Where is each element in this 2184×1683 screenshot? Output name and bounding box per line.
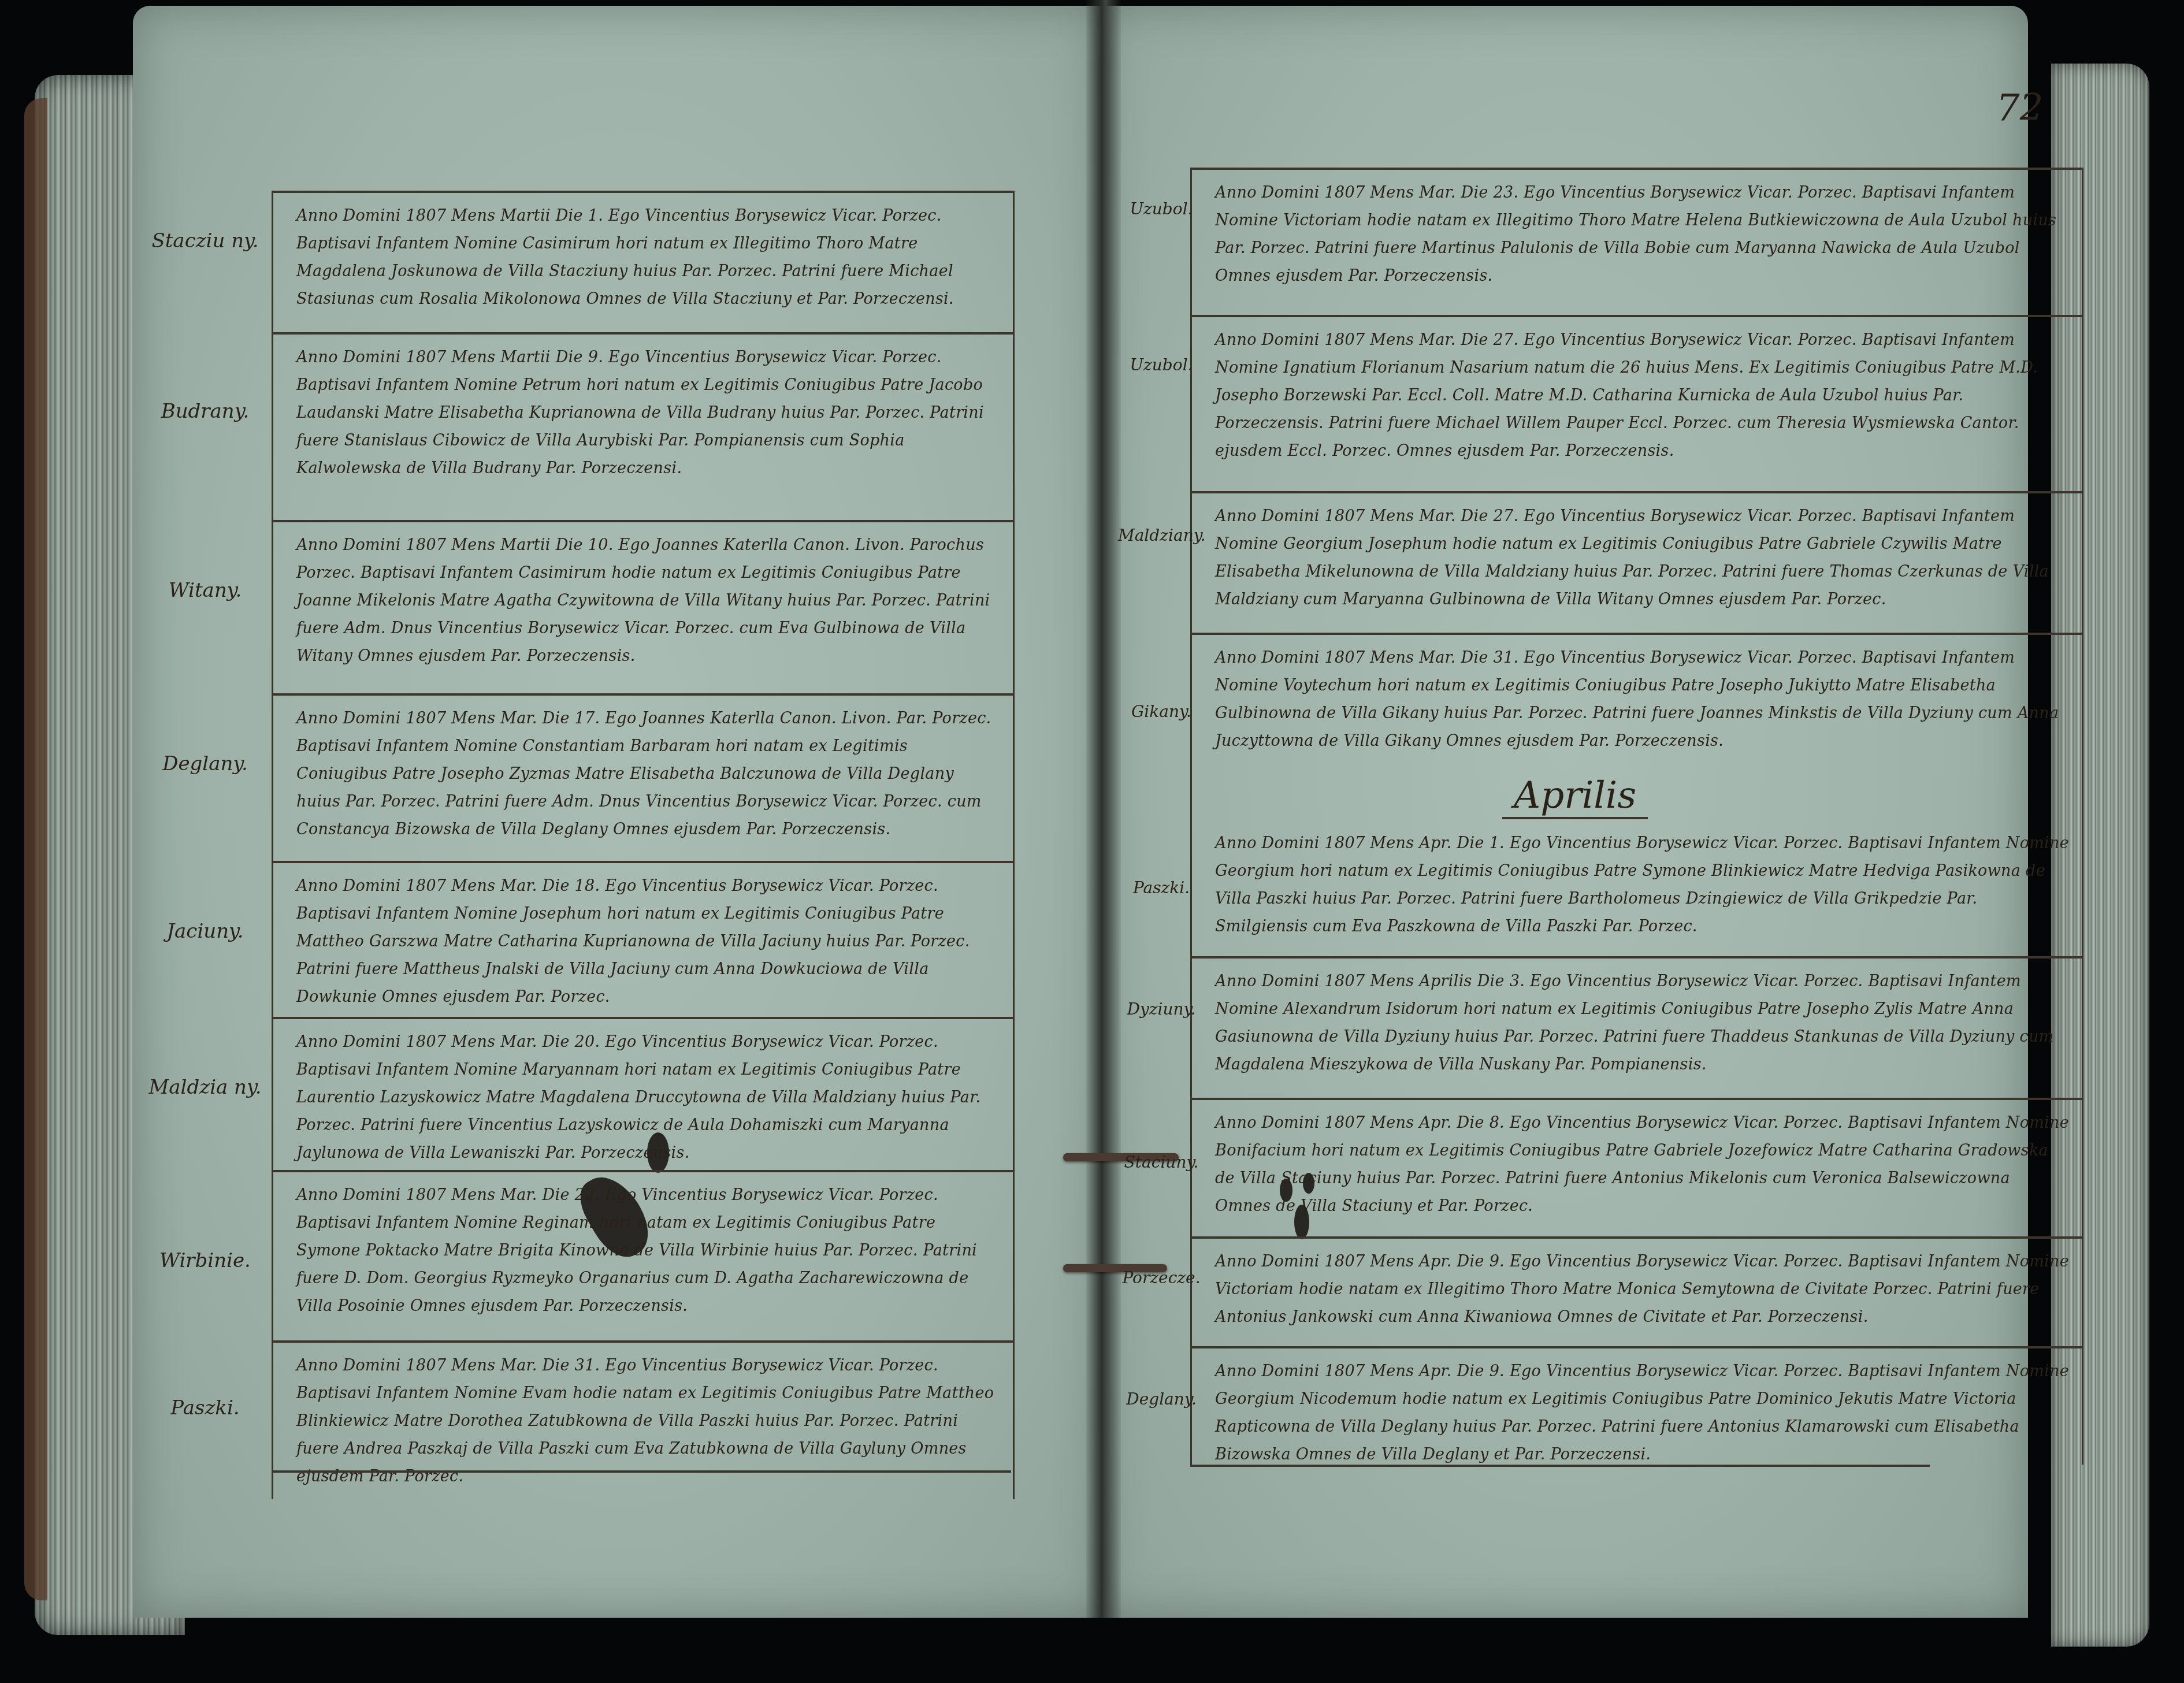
margin-village-name: Paszki. (1118, 875, 1205, 901)
left-register-table: Anno Domini 1807 Mens Martii Die 1. Ego … (272, 191, 1015, 1499)
margin-village-name: Deglany. (1118, 1387, 1205, 1412)
register-entry: Anno Domini 1807 Mens Apr. Die 8. Ego Vi… (1192, 1098, 2082, 1239)
margin-village-name: Gikany. (1118, 699, 1205, 725)
register-entry: Anno Domini 1807 Mens Mar. Die 23. Ego V… (1192, 168, 2082, 315)
register-entry: Anno Domini 1807 Mens Mar. Die 27. Ego V… (1192, 315, 2082, 494)
entry-text: Anno Domini 1807 Mens Mar. Die 27. Ego V… (1215, 507, 2049, 608)
margin-village-name: Staciuny. (1118, 1150, 1205, 1175)
entry-text: Anno Domini 1807 Mens Martii Die 9. Ego … (296, 348, 984, 477)
register-entry: Anno Domini 1807 Mens Mar. Die 20. Ego V… (273, 1017, 1013, 1173)
register-entry: Anno Domini 1807 Mens Apr. Die 1. Ego Vi… (1192, 820, 2082, 959)
entry-text: Anno Domini 1807 Mens Martii Die 1. Ego … (296, 207, 954, 308)
margin-village-name: Deglany. (147, 751, 263, 777)
register-entry: Anno Domini 1807 Mens Martii Die 10. Ego… (273, 520, 1013, 696)
entry-text: Anno Domini 1807 Mens Apr. Die 9. Ego Vi… (1215, 1362, 2069, 1463)
closing-rule (272, 1470, 1011, 1473)
entry-text: Anno Domini 1807 Mens Mar. Die 22. Ego V… (296, 1186, 977, 1315)
margin-village-name: Jaciuny. (147, 919, 263, 944)
entry-text: Anno Domini 1807 Mens Mar. Die 17. Ego J… (296, 709, 991, 838)
entry-text: Anno Domini 1807 Mens Mar. Die 20. Ego V… (296, 1033, 980, 1162)
margin-village-name: Witany. (147, 578, 263, 603)
margin-village-name: Maldziany. (1118, 523, 1205, 548)
entry-text: Anno Domini 1807 Mens Mar. Die 18. Ego V… (296, 877, 970, 1006)
margin-village-name: Porzecze. (1118, 1265, 1205, 1291)
margin-village-name: Dyziuny. (1118, 997, 1205, 1022)
entry-text: Anno Domini 1807 Mens Aprilis Die 3. Ego… (1215, 972, 2054, 1073)
month-heading: Aprilis (1502, 774, 1648, 819)
entry-text: Anno Domini 1807 Mens Mar. Die 31. Ego V… (296, 1357, 994, 1485)
margin-village-name: Stacziu ny. (147, 228, 263, 254)
register-entry: Anno Domini 1807 Mens Mar. Die 18. Ego V… (273, 861, 1013, 1023)
entry-text: Anno Domini 1807 Mens Martii Die 10. Ego… (296, 536, 990, 665)
register-entry: Anno Domini 1807 Mens Mar. Die 17. Ego J… (273, 693, 1013, 870)
entry-text: Anno Domini 1807 Mens Apr. Die 9. Ego Vi… (1215, 1253, 2069, 1326)
register-entry: Anno Domini 1807 Mens Apr. Die 9. Ego Vi… (1192, 1236, 2082, 1352)
register-entry: Anno Domini 1807 Mens Aprilis Die 3. Ego… (1192, 956, 2082, 1101)
register-entry: Anno Domini 1807 Mens Martii Die 9. Ego … (273, 332, 1013, 523)
register-entry: Anno Domini 1807 Mens Martii Die 1. Ego … (273, 191, 1013, 344)
margin-village-name: Budrany. (147, 399, 263, 424)
margin-village-name: Maldzia ny. (147, 1075, 263, 1100)
entry-text: Anno Domini 1807 Mens Apr. Die 8. Ego Vi… (1215, 1114, 2069, 1215)
register-entry: Anno Domini 1807 Mens Mar. Die 31. Ego V… (273, 1340, 1013, 1499)
register-entry: Anno Domini 1807 Mens Mar. Die 31. Ego V… (1192, 633, 2082, 783)
margin-village-name: Wirbinie. (147, 1248, 263, 1273)
entry-text: Anno Domini 1807 Mens Mar. Die 23. Ego V… (1215, 184, 2056, 285)
register-entry: Anno Domini 1807 Mens Mar. Die 27. Ego V… (1192, 491, 2082, 636)
entry-text: Anno Domini 1807 Mens Mar. Die 31. Ego V… (1215, 649, 2059, 750)
margin-village-name: Uzubol. (1118, 352, 1205, 378)
register-entry: Anno Domini 1807 Mens Apr. Die 9. Ego Vi… (1192, 1346, 2082, 1465)
entry-text: Anno Domini 1807 Mens Mar. Die 27. Ego V… (1215, 331, 2038, 460)
book-gutter (1086, 0, 1121, 1618)
margin-village-name: Paszki. (147, 1395, 263, 1421)
register-entry: Anno Domini 1807 Mens Mar. Die 22. Ego V… (273, 1170, 1013, 1346)
page-number: 72 (1996, 87, 2043, 129)
margin-village-name: Uzubol. (1118, 196, 1205, 222)
closing-rule (1190, 1465, 1930, 1467)
entry-text: Anno Domini 1807 Mens Apr. Die 1. Ego Vi… (1215, 834, 2069, 935)
